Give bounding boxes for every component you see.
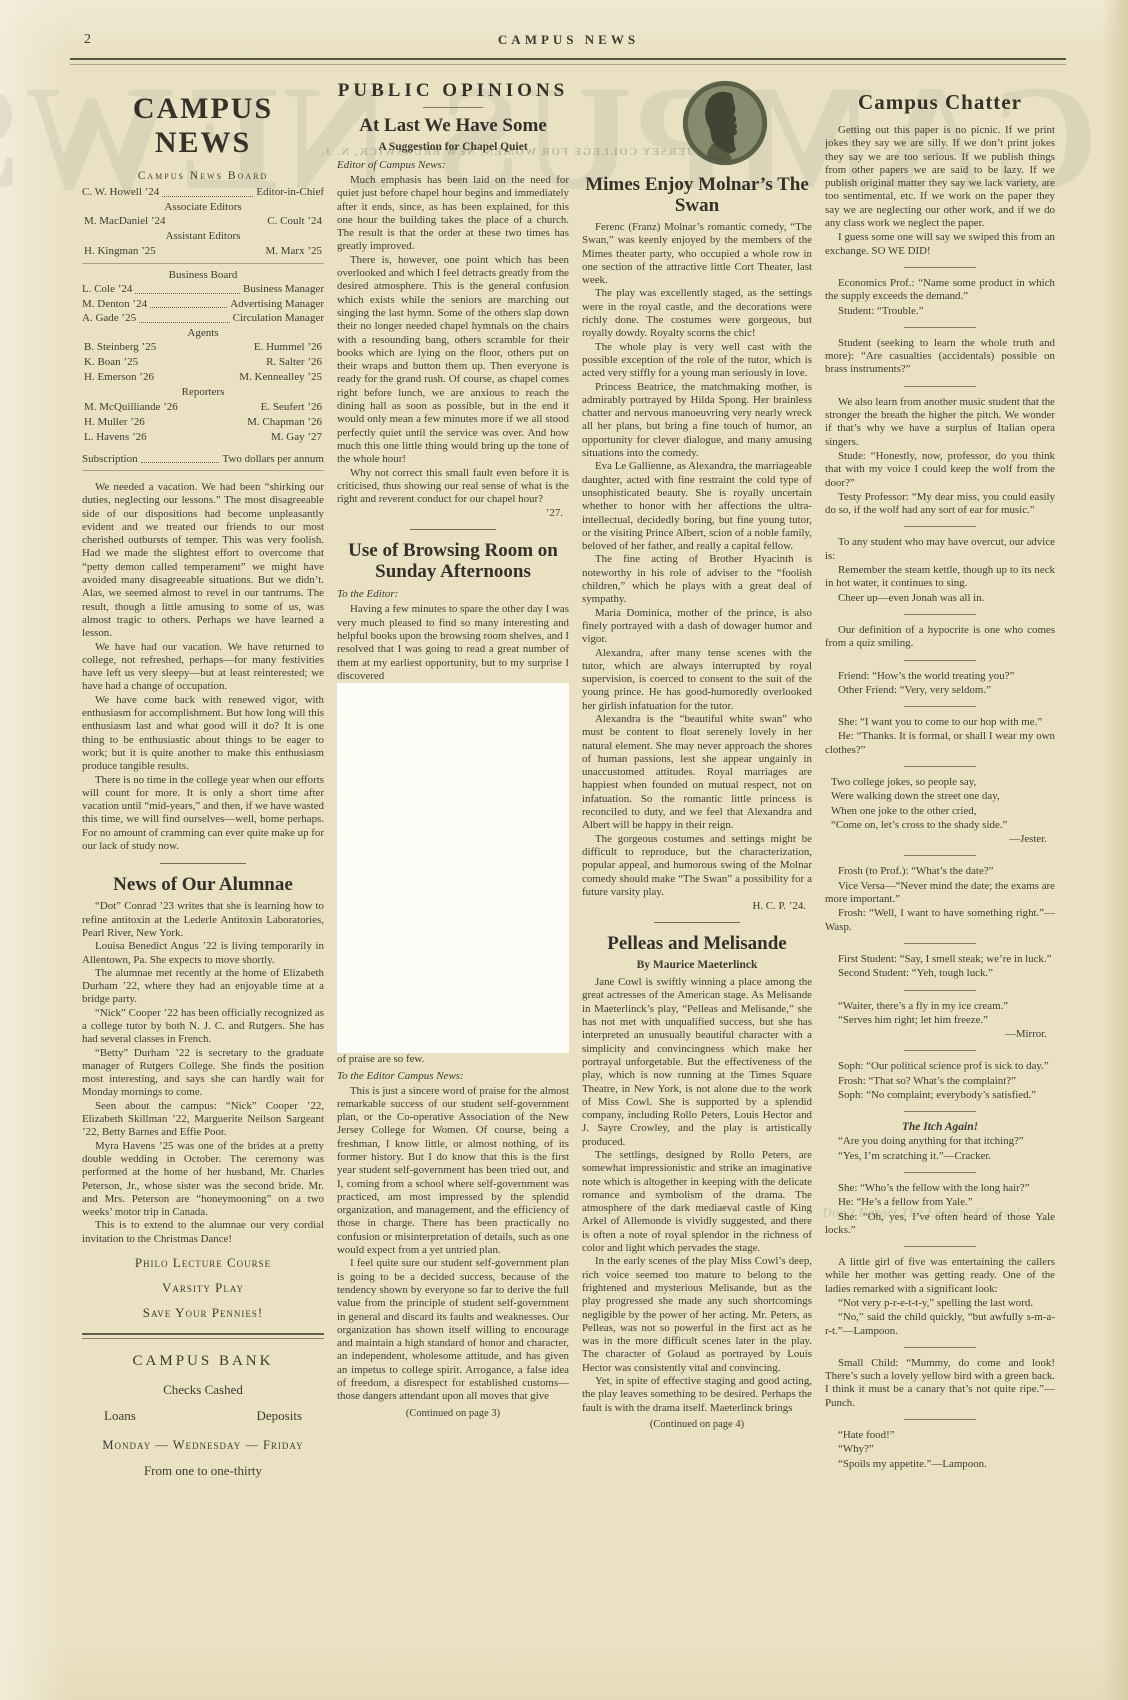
- paragraph: I guess some one will say we swiped this…: [825, 231, 1055, 258]
- bank-services-row: LoansDeposits: [82, 1408, 324, 1424]
- leader-dots: [139, 322, 230, 323]
- reporter: M. Gay ’27: [271, 430, 322, 445]
- article-signature: H. C. P. ’24.: [582, 900, 806, 912]
- joke-divider: [904, 943, 976, 944]
- staff-name: M. Denton ’24: [82, 297, 147, 312]
- paragraph: Friend: “How’s the world treating you?”: [825, 670, 1055, 683]
- paragraph: “Why?”: [825, 1443, 1055, 1456]
- pelleas-body: Jane Cowl is swiftly winning a place amo…: [582, 976, 812, 1415]
- paragraph: We also learn from another music student…: [825, 396, 1055, 449]
- paragraph: “Nick” Cooper ’22 has been officially re…: [82, 1007, 324, 1047]
- reporter: E. Seufert ’26: [261, 400, 322, 415]
- paragraph: Alexandra is the “beautiful white swan” …: [582, 713, 812, 833]
- chatter-item: “Waiter, there’s a fly in my ice cream.”…: [825, 1000, 1055, 1042]
- chatter-item: A little girl of five was entertaining t…: [825, 1256, 1055, 1338]
- board-heading: Campus News Board: [82, 170, 324, 182]
- section-divider: [423, 107, 483, 108]
- reporters-heading: Reporters: [82, 385, 324, 400]
- reporters-row: L. Havens ’26M. Gay ’27: [82, 430, 324, 445]
- column-1: CAMPUS NEWS Campus News Board C. W. Howe…: [82, 76, 324, 1688]
- continued-notice: (Continued on page 3): [337, 1408, 569, 1419]
- editorial-article: We needed a vacation. We had been “shirk…: [82, 475, 324, 853]
- pelleas-byline: By Maurice Maeterlinck: [582, 959, 812, 971]
- staff-name: A. Gade ’25: [82, 311, 136, 326]
- paragraph: She: “I want you to come to our hop with…: [825, 716, 1055, 729]
- paragraph: The gorgeous costumes and settings might…: [582, 833, 812, 899]
- joke-divider: [904, 855, 976, 856]
- agent: B. Steinberg ’25: [84, 340, 156, 355]
- paragraph: To any student who may have overcut, our…: [825, 536, 1055, 563]
- chatter-item: Student (seeking to learn the whole trut…: [825, 337, 1055, 377]
- bank-deposits: Deposits: [257, 1408, 303, 1424]
- column-grid: CAMPUS NEWS Campus News Board C. W. Howe…: [82, 76, 1055, 1688]
- reporter: L. Havens ’26: [84, 430, 147, 445]
- joke-title: The Itch Again!: [825, 1121, 1055, 1133]
- paragraph: Small Child: “Mummy, do come and look! T…: [825, 1357, 1055, 1410]
- classical-coin-medallion-image: [682, 80, 768, 166]
- chatter-item: Our definition of a hypocrite is one who…: [825, 624, 1055, 651]
- header-rule: [70, 58, 1066, 65]
- paragraph: Louisa Benedict Angus ’22 is living temp…: [82, 940, 324, 967]
- chatter-item: We also learn from another music student…: [825, 396, 1055, 518]
- bank-loans: Loans: [104, 1408, 136, 1424]
- masthead-row-editor: C. W. Howell ’24Editor-in-Chief: [82, 185, 324, 200]
- reporters-row: H. Muller ’26M. Chapman ’26: [82, 415, 324, 430]
- joke-divider: [904, 1347, 976, 1348]
- paragraph: Our definition of a hypocrite is one who…: [825, 624, 1055, 651]
- paragraph: Two college jokes, so people say,: [825, 776, 1055, 789]
- reporter: H. Muller ’26: [84, 415, 145, 430]
- bank-checks-line: Checks Cashed: [82, 1382, 324, 1398]
- paragraph: “Hate food!”: [825, 1429, 1055, 1442]
- paragraph: Stude: “Honestly, now, professor, do you…: [825, 450, 1055, 490]
- chatter-item: To any student who may have overcut, our…: [825, 536, 1055, 604]
- browsing-room-headline: Use of Browsing Room on Sunday Afternoon…: [337, 540, 569, 582]
- joke-divider: [904, 660, 976, 661]
- paragraph: He: “Thanks. It is formal, or shall I we…: [825, 730, 1055, 757]
- browsing-room-article: Use of Browsing Room on Sunday Afternoon…: [337, 540, 569, 683]
- paragraph: “No,” said the child quickly, “but awful…: [825, 1311, 1055, 1338]
- masthead-row-business: A. Gade ’25Circulation Manager: [82, 311, 324, 326]
- paragraph: This is just a sincere word of praise fo…: [337, 1085, 569, 1258]
- paragraph: Jane Cowl is swiftly winning a place amo…: [582, 976, 812, 1149]
- paragraph: Ferenc (Franz) Molnar’s romantic comedy,…: [582, 221, 812, 287]
- paragraph: First Student: “Say, I smell steak; we’r…: [825, 953, 1055, 966]
- paragraph: “Not very p-r-e-t-t-y,” spelling the las…: [825, 1297, 1055, 1310]
- paragraph: Testy Professor: “My dear miss, you coul…: [825, 491, 1055, 518]
- self-government-letter: of praise are so few. To the Editor Camp…: [337, 1053, 569, 1418]
- paragraph: Much emphasis has been laid on the need …: [337, 174, 569, 254]
- agent: M. Kennealley ’25: [239, 370, 322, 385]
- leader-dots: [150, 307, 227, 308]
- chatter-item: Frosh (to Prof.): “What’s the date?”Vice…: [825, 865, 1055, 933]
- subscription-row: SubscriptionTwo dollars per annum: [82, 452, 324, 467]
- paragraph: There is no time in the college year whe…: [82, 774, 324, 854]
- pennies-notice: Save Your Pennies!: [82, 1305, 324, 1321]
- paragraph: I feel quite sure our student self-gover…: [337, 1257, 569, 1403]
- business-board-heading: Business Board: [82, 268, 324, 283]
- masthead: CAMPUS NEWS Campus News Board C. W. Howe…: [82, 92, 324, 471]
- chatter-item: Economics Prof.: “Name some product in w…: [825, 277, 1055, 318]
- associate-editors-heading: Associate Editors: [82, 200, 324, 215]
- paragraph: Vice Versa—“Never mind the date; the exa…: [825, 880, 1055, 907]
- paragraph: Cheer up—even Jonah was all in.: [825, 592, 1055, 605]
- paragraph: Maria Dominica, mother of the prince, is…: [582, 607, 812, 647]
- paragraph: Other Friend: “Very, very seldom.”: [825, 684, 1055, 697]
- editor-name: C. W. Howell ’24: [82, 185, 159, 200]
- continued-notice: (Continued on page 4): [582, 1419, 812, 1430]
- chapel-quiet-subhead: A Suggestion for Chapel Quiet: [337, 141, 569, 153]
- associate-editor: C. Coult ’24: [267, 214, 322, 229]
- joke-divider: [904, 327, 976, 328]
- paragraph: Eva Le Gallienne, as Alexandra, the marr…: [582, 460, 812, 553]
- associate-editor: M. MacDaniel ’24: [84, 214, 166, 229]
- chatter-item: First Student: “Say, I smell steak; we’r…: [825, 953, 1055, 981]
- agent: R. Salter ’26: [266, 355, 322, 370]
- bank-hours: From one to one-thirty: [82, 1463, 324, 1479]
- agents-row: B. Steinberg ’25E. Hummel ’26: [82, 340, 324, 355]
- paragraph: “Waiter, there’s a fly in my ice cream.”: [825, 1000, 1055, 1013]
- paragraph: He: “He’s a fellow from Yale.”: [825, 1196, 1055, 1209]
- paragraph: We needed a vacation. We had been “shirk…: [82, 481, 324, 641]
- notices: Philo Lecture Course Varsity Play Save Y…: [82, 1255, 324, 1321]
- staff-role: Advertising Manager: [230, 297, 324, 312]
- paragraph: The whole play is very well cast with th…: [582, 341, 812, 381]
- paragraph: Why not correct this small fault even be…: [337, 467, 569, 507]
- paragraph: She: “Who’s the fellow with the long hai…: [825, 1182, 1055, 1195]
- chatter-poem: Two college jokes, so people say,Were wa…: [825, 776, 1055, 846]
- subscription-label: Subscription: [82, 452, 138, 467]
- joke-divider: [904, 990, 976, 991]
- chatter-item: “Hate food!”“Why?”“Spoils my appetite.”—…: [825, 1429, 1055, 1471]
- paragraph: Frosh (to Prof.): “What’s the date?”: [825, 865, 1055, 878]
- paragraph: “Dot” Conrad ’23 writes that she is lear…: [82, 900, 324, 940]
- reporter: M. Chapman ’26: [247, 415, 322, 430]
- section-divider: [410, 529, 496, 530]
- paragraph: Having a few minutes to spare the other …: [337, 603, 569, 683]
- pelleas-headline: Pelleas and Melisande: [582, 933, 812, 954]
- section-divider: [160, 863, 246, 864]
- joke-divider: [904, 1111, 976, 1112]
- assistant-editor: H. Kingman ’25: [84, 244, 156, 259]
- agents-heading: Agents: [82, 326, 324, 341]
- reporters-row: M. McQuilliande ’26E. Seufert ’26: [82, 400, 324, 415]
- paragraph: The play was excellently staged, as the …: [582, 287, 812, 340]
- joke-divider: [904, 1050, 976, 1051]
- chatter-item: Soph: “Our political science prof is sic…: [825, 1060, 1055, 1102]
- joke-divider: [904, 526, 976, 527]
- editorial-body: We needed a vacation. We had been “shirk…: [82, 481, 324, 853]
- letter-signature: ’27.: [337, 507, 563, 519]
- alumnae-article: News of Our Alumnae “Dot” Conrad ’23 wri…: [82, 874, 324, 1246]
- paragraph: “Betty” Durham ’22 is secretary to the g…: [82, 1047, 324, 1100]
- paragraph: Student: “Trouble.”: [825, 305, 1055, 318]
- bank-title: CAMPUS BANK: [82, 1353, 324, 1370]
- column-4: Campus Chatter Getting out this paper is…: [825, 76, 1055, 1688]
- paragraph: Were walking down the street one day,: [825, 790, 1055, 803]
- paragraph: “Spoils my appetite.”—Lampoon.: [825, 1458, 1055, 1471]
- letter-salutation: To the Editor Campus News:: [337, 1069, 569, 1083]
- assistant-editors-heading: Assistant Editors: [82, 229, 324, 244]
- chatter-item: Friend: “How’s the world treating you?”O…: [825, 670, 1055, 698]
- letter-salutation: Editor of Campus News:: [337, 158, 569, 172]
- running-title: CAMPUS NEWS: [82, 32, 1055, 48]
- varsity-notice: Varsity Play: [82, 1280, 324, 1296]
- agents-row: K. Boan ’25R. Salter ’26: [82, 355, 324, 370]
- browsing-room-body: Having a few minutes to spare the other …: [337, 603, 569, 683]
- paragraph: “Yes, I’m scratching it.”—Cracker.: [825, 1150, 1055, 1163]
- paragraph: Soph: “No complaint; everybody’s satisfi…: [825, 1089, 1055, 1102]
- joke-divider: [904, 1419, 976, 1420]
- joke-divider: [904, 766, 976, 767]
- paragraph: Getting out this paper is no picnic. If …: [825, 124, 1055, 230]
- leader-dots: [135, 293, 240, 294]
- paragraph: Student (seeking to learn the whole trut…: [825, 337, 1055, 377]
- chatter-item: She: “I want you to come to our hop with…: [825, 716, 1055, 757]
- staff-name: L. Cole ’24: [82, 282, 132, 297]
- chatter-item: “Are you doing anything for that itching…: [825, 1135, 1055, 1163]
- paragraph: The alumnae met recently at the home of …: [82, 967, 324, 1007]
- joke-divider: [904, 267, 976, 268]
- newspaper-title: CAMPUS NEWS: [82, 92, 324, 160]
- agent: K. Boan ’25: [84, 355, 138, 370]
- masthead-bottom-rule: [82, 470, 324, 471]
- paragraph: There is, however, one point which has b…: [337, 254, 569, 467]
- leader-dots: [162, 196, 253, 197]
- joke-divider: [904, 1172, 976, 1173]
- page-number: 2: [84, 32, 91, 48]
- paragraph: Soph: “Our political science prof is sic…: [825, 1060, 1055, 1073]
- joke-divider: [904, 706, 976, 707]
- joke-divider: [904, 386, 976, 387]
- paragraph: We have come back with renewed vigor, wi…: [82, 694, 324, 774]
- paragraph: “Come on, let’s cross to the shady side.…: [825, 819, 1055, 832]
- assistant-editor: M. Marx ’25: [265, 244, 322, 259]
- paragraph: Frosh: “Well, I want to have something r…: [825, 907, 1055, 934]
- paragraph: Economics Prof.: “Name some product in w…: [825, 277, 1055, 304]
- section-divider: [654, 922, 740, 923]
- column-2: PUBLIC OPINIONS At Last We Have Some A S…: [337, 76, 569, 1688]
- bank-days: Monday — Wednesday — Friday: [82, 1438, 324, 1453]
- agents-row: H. Emerson ’26M. Kennealley ’25: [82, 370, 324, 385]
- agent: E. Hummel ’26: [254, 340, 322, 355]
- paragraph: Alexandra, after many tense scenes with …: [582, 647, 812, 713]
- paragraph: This is to extend to the alumnae our ver…: [82, 1219, 324, 1246]
- campus-bank-ad: CAMPUS BANK Checks Cashed LoansDeposits …: [82, 1353, 324, 1479]
- paragraph: —Jester.: [825, 833, 1055, 846]
- masthead-hairline: [82, 263, 324, 264]
- masthead-row-business: M. Denton ’24Advertising Manager: [82, 297, 324, 312]
- paragraph: We have had our vacation. We have return…: [82, 641, 324, 694]
- paragraph: “Are you doing anything for that itching…: [825, 1135, 1055, 1148]
- paragraph: “Serves him right; let him freeze.”: [825, 1014, 1055, 1027]
- chapel-quiet-body: Much emphasis has been laid on the need …: [337, 174, 569, 506]
- paragraph: —Mirror.: [825, 1028, 1055, 1041]
- paragraph: The settlings, designed by Rollo Peters,…: [582, 1149, 812, 1255]
- agent: H. Emerson ’26: [84, 370, 154, 385]
- staff-role: Circulation Manager: [233, 311, 324, 326]
- column-3: Mimes Enjoy Molnar’s The Swan Ferenc (Fr…: [582, 76, 812, 1688]
- paragraph: When one joke to the other cried,: [825, 805, 1055, 818]
- public-opinions-header: PUBLIC OPINIONS: [337, 80, 569, 102]
- joke-divider: [904, 614, 976, 615]
- mimes-swan-article: Mimes Enjoy Molnar’s The Swan Ferenc (Fr…: [582, 174, 812, 912]
- letter-salutation: To the Editor:: [337, 587, 569, 601]
- resumed-line: of praise are so few.: [337, 1053, 569, 1066]
- mimes-swan-body: Ferenc (Franz) Molnar’s romantic comedy,…: [582, 221, 812, 899]
- paragraph: Yet, in spite of effective staging and g…: [582, 1375, 812, 1415]
- public-opinions-article: PUBLIC OPINIONS At Last We Have Some A S…: [337, 80, 569, 519]
- campus-chatter-column: Campus Chatter Getting out this paper is…: [825, 76, 1055, 1471]
- paragraph: Frosh: “That so? What’s the complaint?”: [825, 1075, 1055, 1088]
- chapel-quiet-headline: At Last We Have Some: [337, 115, 569, 136]
- reporter: M. McQuilliande ’26: [84, 400, 178, 415]
- masthead-row-business: L. Cole ’24Business Manager: [82, 282, 324, 297]
- staff-role: Business Manager: [243, 282, 324, 297]
- paragraph: Seen about the campus: “Nick” Cooper ’22…: [82, 1100, 324, 1140]
- page-header: 2 CAMPUS NEWS: [82, 32, 1055, 48]
- leader-dots: [141, 462, 220, 463]
- editor-role: Editor-in-Chief: [256, 185, 324, 200]
- subscription-value: Two dollars per annum: [222, 452, 324, 467]
- pelleas-article: Pelleas and Melisande By Maurice Maeterl…: [582, 933, 812, 1430]
- mimes-swan-headline: Mimes Enjoy Molnar’s The Swan: [582, 174, 812, 216]
- alumnae-headline: News of Our Alumnae: [82, 874, 324, 895]
- chatter-item: She: “Who’s the fellow with the long hai…: [825, 1182, 1055, 1237]
- paragraph: Remember the steam kettle, though up to …: [825, 564, 1055, 591]
- alumnae-body: “Dot” Conrad ’23 writes that she is lear…: [82, 900, 324, 1246]
- campus-chatter-headline: Campus Chatter: [825, 92, 1055, 113]
- paragraph: A little girl of five was entertaining t…: [825, 1256, 1055, 1296]
- paragraph: Myra Havens ’25 was one of the brides at…: [82, 1140, 324, 1220]
- blank-area: [337, 683, 569, 1053]
- paragraph: Second Student: “Yeh, tough luck.”: [825, 967, 1055, 980]
- associate-editors-row: M. MacDaniel ’24C. Coult ’24: [82, 214, 324, 229]
- self-government-body: This is just a sincere word of praise fo…: [337, 1085, 569, 1404]
- paragraph: She: “Oh, yes, I’ve often heard of those…: [825, 1211, 1055, 1238]
- chatter-item: Small Child: “Mummy, do come and look! T…: [825, 1357, 1055, 1410]
- assistant-editors-row: H. Kingman ’25M. Marx ’25: [82, 244, 324, 259]
- paragraph: Princess Beatrice, the matchmaking mothe…: [582, 381, 812, 461]
- chatter-item: Getting out this paper is no picnic. If …: [825, 124, 1055, 258]
- paragraph: The fine acting of Brother Hyacinth is n…: [582, 553, 812, 606]
- paragraph: In the early scenes of the play Miss Cow…: [582, 1255, 812, 1375]
- double-rule: [82, 1333, 324, 1339]
- joke-divider: [904, 1246, 976, 1247]
- philo-notice: Philo Lecture Course: [82, 1255, 324, 1271]
